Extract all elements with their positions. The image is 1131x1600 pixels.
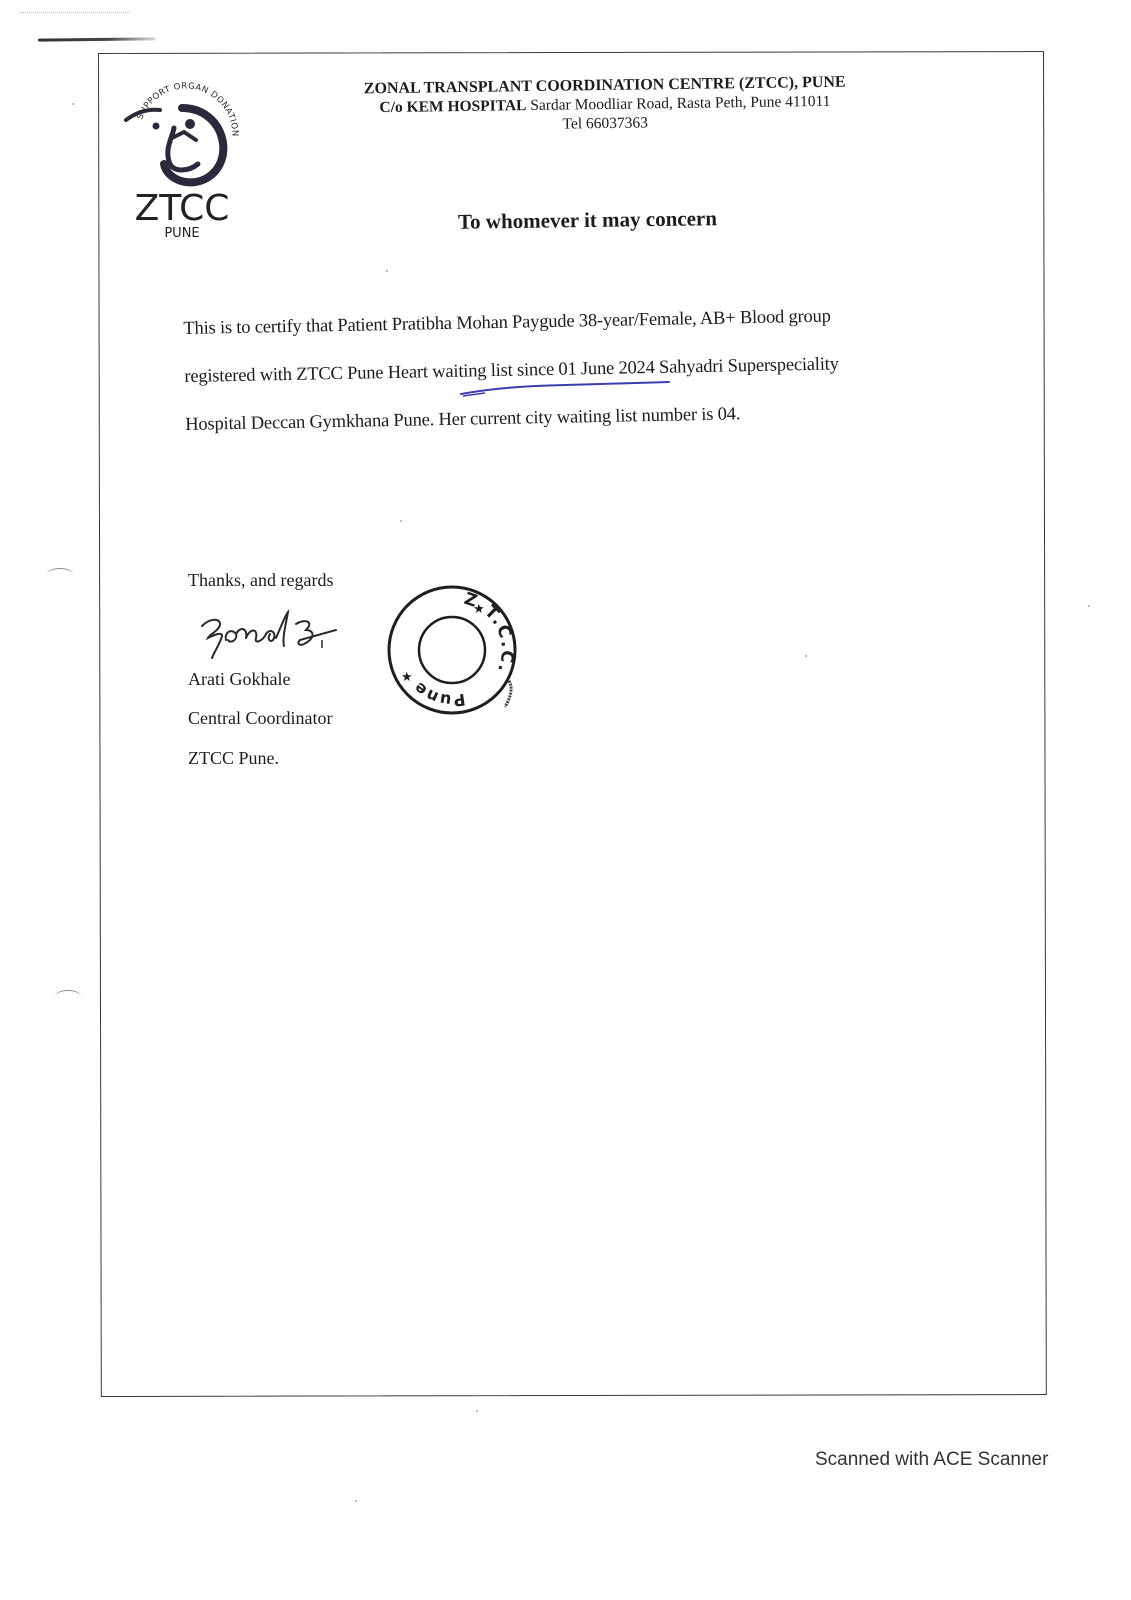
closing-text: Thanks, and regards [188,570,333,591]
stamp-star-icon: ★ [473,601,485,616]
salutation-heading: To whomever it may concern [458,206,717,235]
address-hospital: C/o KEM HOSPITAL [379,97,526,116]
letterhead: ZONAL TRANSPLANT COORDINATION CENTRE (ZT… [340,72,871,137]
scan-speck [355,1500,357,1502]
scan-artifact-line [38,37,156,41]
stamp-text-ztcc: Z.T.C.C. [462,589,518,677]
signatory-designation: Central Coordinator [188,708,332,729]
scan-speck [1088,605,1090,607]
logo-name: ZTCC [132,188,232,229]
organ-donation-emblem-icon: SUPPORT ORGAN DONATION [112,80,252,190]
scan-artifact-dots [20,12,130,14]
punch-hole-mark [55,990,81,1003]
scan-speck [72,103,74,105]
signatory-name: Arati Gokhale [188,669,290,690]
stamp-star-icon: ★ [401,669,413,684]
punch-hole-mark [47,568,73,581]
certificate-body: This is to certify that Patient Pratibha… [183,291,926,449]
ztcc-logo: SUPPORT ORGAN DONATION ZTCC PUNE [112,80,252,245]
signatory-organization: ZTCC Pune. [188,748,279,769]
official-seal-stamp: Z.T.C.C. Pune ★ ★ [385,583,520,718]
scanner-watermark: Scanned with ACE Scanner [815,1449,1048,1471]
logo-city: PUNE [132,226,232,241]
svg-text:Z.T.C.C.: Z.T.C.C. [462,589,518,677]
address-street: Sardar Moodliar Road, Rasta Peth, Pune 4… [526,93,830,114]
scan-speck [476,1410,478,1412]
handwritten-signature [196,604,356,664]
pen-underline-mark [455,378,675,398]
